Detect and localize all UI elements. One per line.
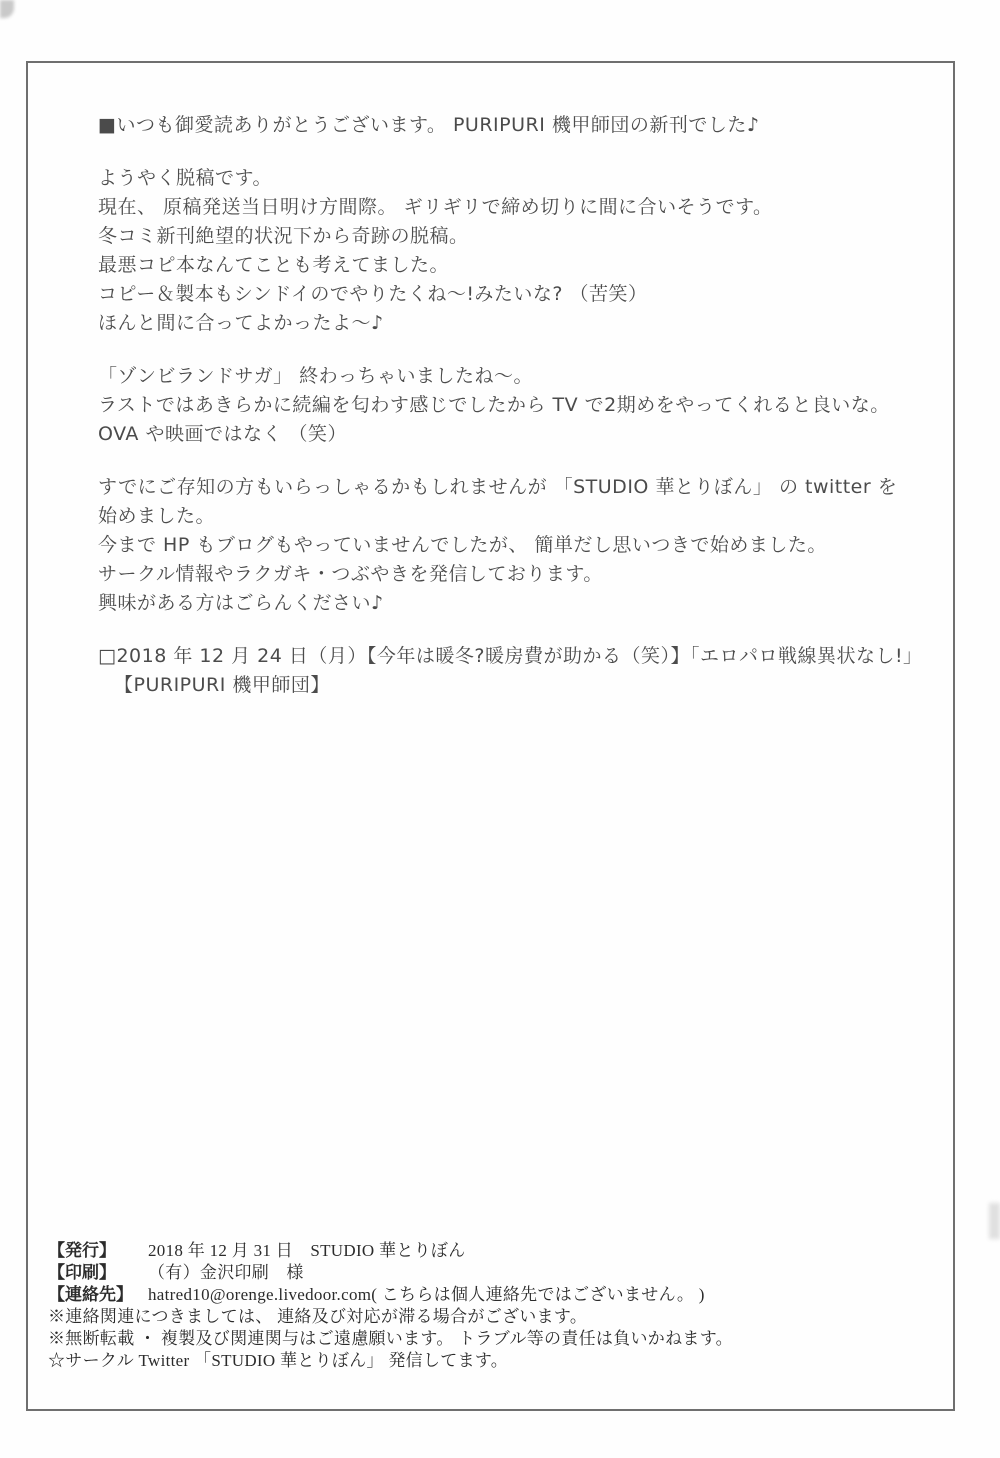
- afterword-paragraph-twitter: すでにご存知の方もいらっしゃるかもしれませんが 「STUDIO 華とりぼん」 の…: [98, 473, 923, 618]
- colophon-row-publisher: 【発行】2018 年 12 月 31 日 STUDIO 華とりぼん: [48, 1240, 733, 1262]
- colophon-value-publisher: 2018 年 12 月 31 日 STUDIO 華とりぼん: [148, 1241, 466, 1260]
- scanned-document-page: ■いつも御愛読ありがとうございます。 PURIPURI 機甲師団の新刊でした♪ …: [0, 0, 1000, 1458]
- colophon-label-contact: 【連絡先】: [48, 1284, 148, 1306]
- afterword-paragraph-deadline: ようやく脱稿です。 現在、 原稿発送当日明け方間際。 ギリギリで締め切りに間に合…: [98, 164, 923, 338]
- colophon-row-contact: 【連絡先】hatred10@orenge.livedoor.com( こちらは個…: [48, 1284, 733, 1306]
- text-line: □2018 年 12 月 24 日（月）【今年は暖冬?暖房費が助かる（笑）】「エ…: [98, 642, 923, 671]
- text-line: 今まで HP もブログもやっていませんでしたが、 簡単だし思いつきで始めました。: [98, 531, 923, 560]
- text-line: 始めました。: [98, 502, 923, 531]
- colophon-note-circle-twitter: ☆サークル Twitter 「STUDIO 華とりぼん」 発信してます。: [48, 1350, 733, 1372]
- colophon-note-no-reproduction: ※無断転載 ・ 複製及び関連関与はご遠慮願います。 トラブル等の責任は負いかねま…: [48, 1328, 733, 1350]
- colophon-note-contact-delay: ※連絡関連につきましては、 連絡及び対応が滞る場合がございます。: [48, 1306, 733, 1328]
- colophon-value-printer: （有）金沢印刷 様: [148, 1263, 304, 1282]
- colophon-label-publisher: 【発行】: [48, 1240, 148, 1262]
- text-line: 現在、 原稿発送当日明け方間際。 ギリギリで締め切りに間に合いそうです。: [98, 193, 923, 222]
- text-line: すでにご存知の方もいらっしゃるかもしれませんが 「STUDIO 華とりぼん」 の…: [98, 473, 923, 502]
- text-line: コピー＆製本もシンドイのでやりたくね～!みたいな? （苦笑）: [98, 280, 923, 309]
- afterword-intro-line: ■いつも御愛読ありがとうございます。 PURIPURI 機甲師団の新刊でした♪: [98, 111, 923, 140]
- afterword-body: ■いつも御愛読ありがとうございます。 PURIPURI 機甲師団の新刊でした♪ …: [98, 111, 923, 724]
- scan-edge-artifact: [989, 1203, 1000, 1239]
- text-line: ようやく脱稿です。: [98, 164, 923, 193]
- text-line: 【PURIPURI 機甲師団】: [98, 671, 923, 700]
- text-line: ラストではあきらかに続編を匂わす感じでしたから TV で2期めをやってくれると良…: [98, 391, 923, 420]
- text-line: サークル情報やラクガキ・つぶやきを発信しております。: [98, 560, 923, 589]
- text-line: OVA や映画ではなく （笑）: [98, 420, 923, 449]
- text-line: 最悪コピ本なんてことも考えてました。: [98, 251, 923, 280]
- text-line: 「ゾンビランドサガ」 終わっちゃいましたね～。: [98, 362, 923, 391]
- colophon-value-contact-email: hatred10@orenge.livedoor.com( こちらは個人連絡先で…: [148, 1285, 705, 1304]
- text-line: 冬コミ新刊絶望的状況下から奇跡の脱稿。: [98, 222, 923, 251]
- scan-corner-artifact: [0, 0, 14, 18]
- afterword-paragraph-zombieland-saga: 「ゾンビランドサガ」 終わっちゃいましたね～。 ラストではあきらかに続編を匂わす…: [98, 362, 923, 449]
- afterword-paragraph-signoff-date: □2018 年 12 月 24 日（月）【今年は暖冬?暖房費が助かる（笑）】「エ…: [98, 642, 923, 700]
- colophon-row-printer: 【印刷】（有）金沢印刷 様: [48, 1262, 733, 1284]
- colophon: 【発行】2018 年 12 月 31 日 STUDIO 華とりぼん 【印刷】（有…: [48, 1240, 733, 1372]
- text-line: ほんと間に合ってよかったよ～♪: [98, 309, 923, 338]
- colophon-label-printer: 【印刷】: [48, 1262, 148, 1284]
- text-line: 興味がある方はごらんください♪: [98, 589, 923, 618]
